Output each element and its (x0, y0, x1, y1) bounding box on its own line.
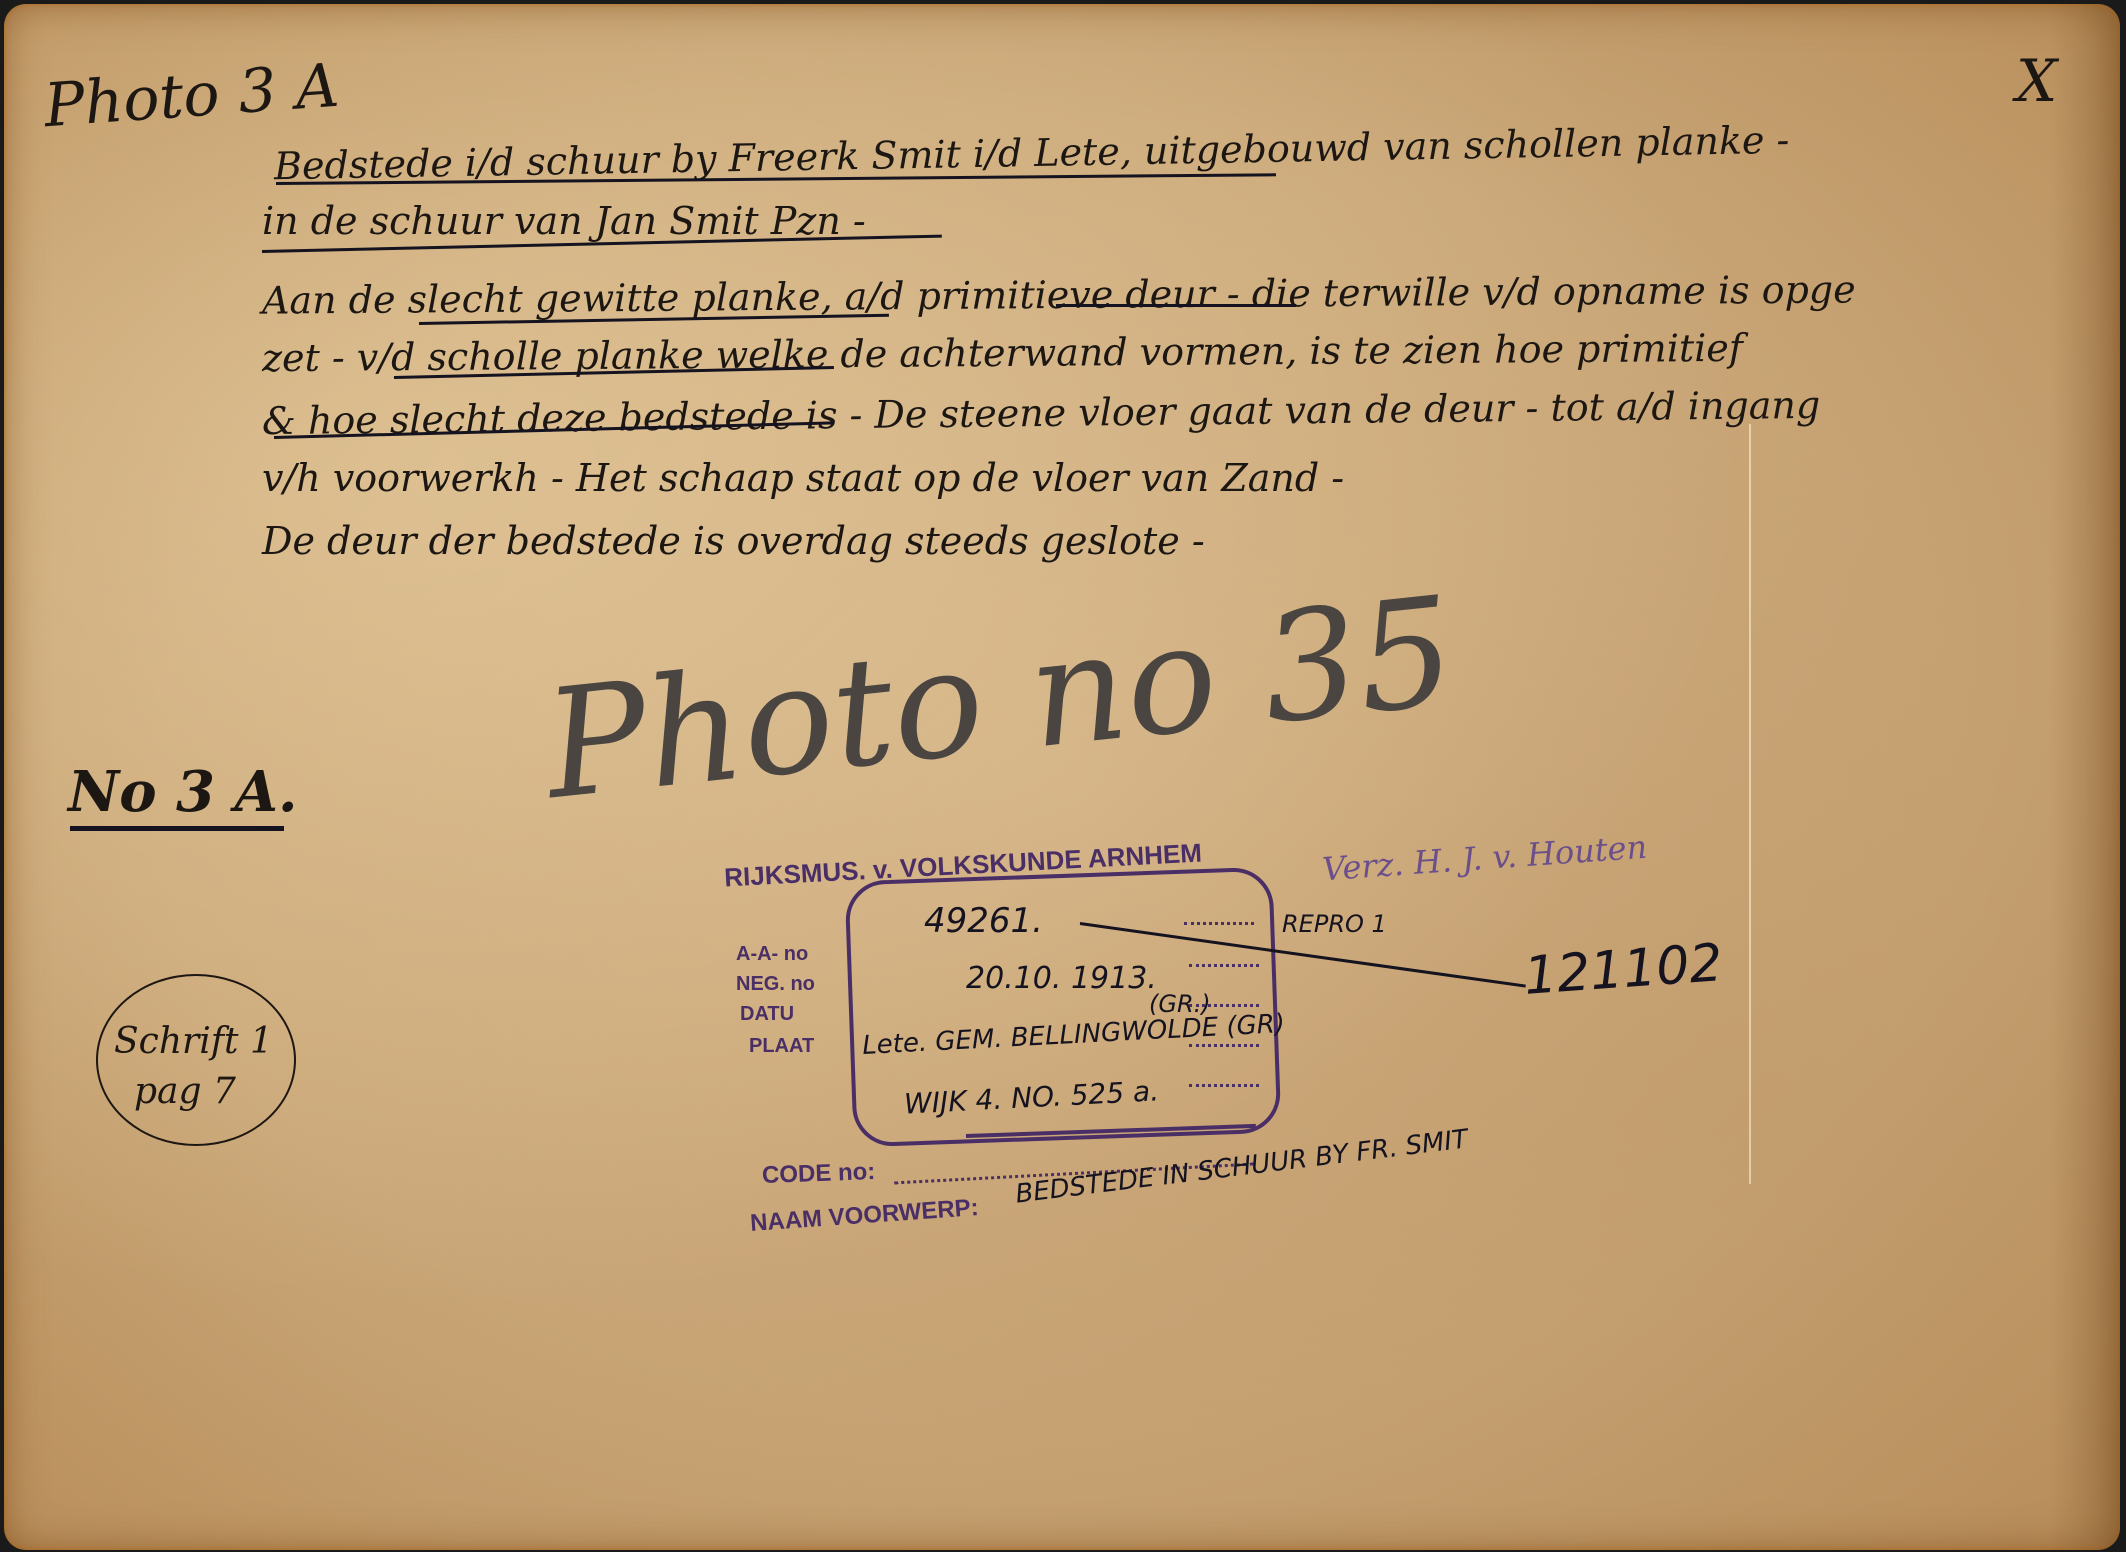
note-line-3: Aan de slecht gewitte planke, a/d primit… (262, 270, 1856, 319)
corner-x-mark: X (2016, 52, 2057, 110)
underline (70, 826, 284, 831)
field-value-neg: 20.10. 1913. (966, 964, 1157, 994)
underline (1056, 304, 1296, 307)
note-line-7: De deur der bedstede is overdag steeds g… (262, 522, 1205, 560)
aged-edge (2050, 4, 2120, 1550)
photo-card-back: X Photo 3 A Bedstede i/d schuur by Freer… (4, 4, 2120, 1550)
field-label-plaat: PLAAT (749, 1036, 814, 1056)
repro-label: REPRO 1 (1282, 912, 1387, 936)
circled-note-line-2: pag 7 (134, 1074, 236, 1110)
field-value-aa: 49261. (924, 904, 1043, 938)
note-line-1: Bedstede i/d schuur by Freerk Smit i/d L… (274, 121, 1790, 189)
circled-note-line-1: Schrift 1 (114, 1024, 273, 1060)
note-line-2: in de schuur van Jan Smit Pzn - (262, 202, 866, 240)
number-label: No 3 A. (68, 764, 297, 820)
note-line-4: zet - v/d scholle planke welke de achter… (262, 329, 1743, 377)
dotted-line (1189, 964, 1259, 967)
collector-stamp: Verz. H. J. v. Houten (1321, 831, 1648, 886)
repro-number: 121102 (1522, 937, 1724, 1003)
dotted-line (1189, 1004, 1259, 1007)
pencil-photo-number: Photo no 35 (539, 577, 1461, 821)
note-line-6: v/h voorwerkh - Het schaap staat op de v… (262, 459, 1344, 497)
code-label: CODE no: (762, 1160, 876, 1188)
dotted-line (1189, 1084, 1259, 1087)
paper-crease (1749, 424, 1751, 1184)
dotted-line (1184, 922, 1254, 925)
field-label-neg: NEG. no (736, 974, 815, 994)
field-label-datu: DATU (740, 1004, 794, 1024)
dotted-line (1189, 1044, 1259, 1047)
object-label: NAAM VOORWERP: (749, 1196, 979, 1236)
photo-label: Photo 3 A (42, 56, 340, 136)
field-label-aa: A-A- no (736, 944, 808, 964)
